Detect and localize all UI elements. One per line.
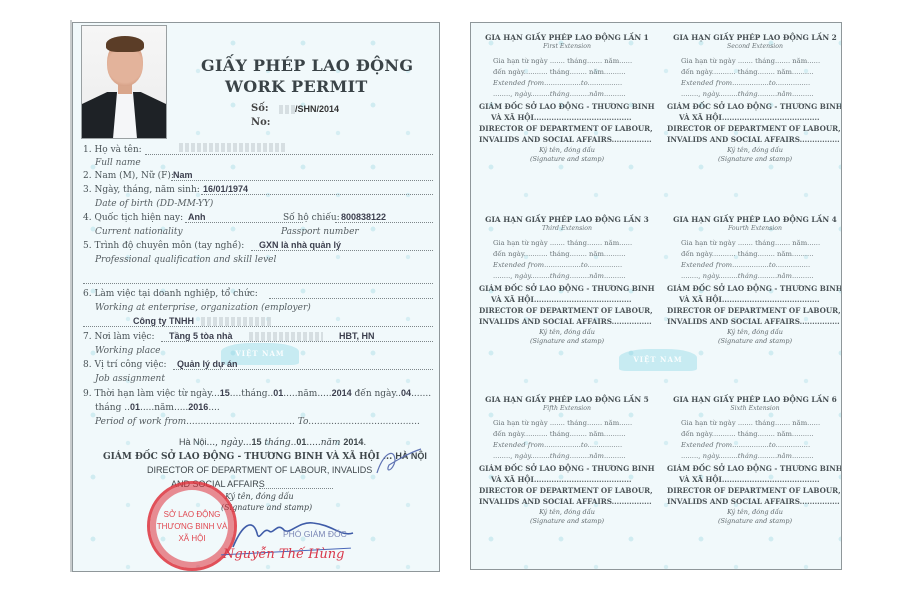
extension-block-6: GIA HẠN GIẤY PHÉP LAO ĐỘNG LẦN 6 Sixth E… (667, 395, 842, 545)
qualification-value: GXN là nhà quản lý (259, 240, 341, 250)
issue-place: Hà Nội (179, 437, 207, 447)
extension-subtitle: Fourth Extension (667, 225, 842, 232)
workplace-value: Tầng 5 tòa nhà (169, 331, 233, 341)
redacted-address (249, 332, 323, 341)
extension-director-vi-1: GIÁM ĐỐC SỞ LAO ĐỘNG - THƯƠNG BINH (667, 464, 842, 473)
dotted-line (171, 180, 433, 181)
extension-subtitle: Fifth Extension (479, 405, 655, 412)
extension-date-row: ........, ngày.........tháng.........năm… (681, 90, 814, 98)
extension-sign-vi: Ký tên, đóng dấu (667, 328, 842, 336)
year-label: năm (298, 389, 318, 399)
extension-from-to-en: Extended from.................to........… (681, 261, 810, 269)
extension-title: GIA HẠN GIẤY PHÉP LAO ĐỘNG LẦN 6 (667, 395, 842, 404)
extension-from-to-en: Extended from.................to........… (493, 79, 622, 87)
job-label-en: Job assignment (95, 374, 165, 384)
extension-block-2: GIA HẠN GIẤY PHÉP LAO ĐỘNG LẦN 2 Second … (667, 33, 842, 183)
workplace-value-end: HBT, HN (339, 331, 375, 341)
extension-from-row: Gia hạn từ ngày ....... tháng....... năm… (493, 57, 632, 65)
extension-sign-en: (Signature and stamp) (667, 155, 842, 163)
extension-from-row: Gia hạn từ ngày ....... tháng....... năm… (681, 57, 820, 65)
dotted-line (201, 194, 433, 195)
extension-sign-en: (Signature and stamp) (479, 337, 655, 345)
holder-photo (81, 25, 167, 139)
period-to-month: 01 (130, 402, 140, 412)
extension-to-row: đến ngày........... tháng........ năm...… (681, 68, 814, 76)
period-to-label-en: To (298, 417, 309, 427)
workplace-label-en: Working place (95, 346, 160, 356)
extension-director-en-1: DIRECTOR OF DEPARTMENT OF LABOUR, (479, 124, 653, 133)
nationality-label: 4. Quốc tịch hiện nay: (83, 213, 183, 223)
extension-to-row: đến ngày........... tháng........ năm...… (493, 430, 626, 438)
extension-title: GIA HẠN GIẤY PHÉP LAO ĐỘNG LẦN 5 (479, 395, 655, 404)
extension-director-vi-2: VÀ XÃ HỘI...............................… (491, 113, 632, 122)
extension-director-vi-1: GIÁM ĐỐC SỞ LAO ĐỘNG - THƯƠNG BINH (479, 464, 655, 473)
director-vi-text: GIÁM ĐỐC SỞ LAO ĐỘNG - THƯƠNG BINH VÀ XÃ… (103, 452, 380, 462)
period-from-year: 2014 (332, 388, 352, 398)
extension-director-en-2: INVALIDS AND SOCIAL AFFAIRS.............… (667, 317, 840, 326)
extension-director-en-2: INVALIDS AND SOCIAL AFFAIRS.............… (479, 317, 652, 326)
period-from-day: 15 (220, 388, 230, 398)
signer-name: Nguyễn Thế Hùng (223, 547, 345, 562)
month-label: tháng (241, 389, 267, 399)
extension-director-vi-1: GIÁM ĐỐC SỞ LAO ĐỘNG - THƯƠNG BINH (479, 284, 655, 293)
extension-subtitle: Third Extension (479, 225, 655, 232)
employer-value: Công ty TNHH (133, 316, 194, 326)
extension-sign-vi: Ký tên, đóng dấu (667, 146, 842, 154)
document-title-vi: GIẤY PHÉP LAO ĐỘNG (201, 56, 413, 75)
extension-title: GIA HẠN GIẤY PHÉP LAO ĐỘNG LẦN 3 (479, 215, 655, 224)
extension-director-vi-2: VÀ XÃ HỘI...............................… (679, 475, 820, 484)
extension-director-en-2: INVALIDS AND SOCIAL AFFAIRS.............… (479, 135, 652, 144)
extension-block-5: GIA HẠN GIẤY PHÉP LAO ĐỘNG LẦN 5 Fifth E… (479, 395, 655, 545)
dotted-line (251, 250, 433, 251)
passport-label-en: Passport number (281, 227, 359, 237)
dotted-line (145, 154, 433, 155)
extension-subtitle: Second Extension (667, 43, 842, 50)
dotted-line (173, 369, 433, 370)
sign-label-vi: Ký tên, đóng dấu (225, 492, 294, 501)
extension-director-vi-2: VÀ XÃ HỘI...............................… (679, 295, 820, 304)
dotted-line (269, 298, 433, 299)
redacted-full-name (179, 143, 285, 152)
to-day-label: đến ngày (355, 389, 396, 399)
dotted-line (83, 326, 433, 327)
extension-date-row: ........, ngày.........tháng.........năm… (493, 90, 626, 98)
permit-number-label: Số: (251, 103, 269, 114)
extension-title: GIA HẠN GIẤY PHÉP LAO ĐỘNG LẦN 2 (667, 33, 842, 42)
sign-label-en: (Signature and stamp) (221, 503, 312, 512)
extension-director-vi-2: VÀ XÃ HỘI...............................… (491, 295, 632, 304)
full-name-label-en: Full name (95, 158, 141, 168)
issue-month: 01 (296, 437, 306, 447)
passport-label: Số hộ chiếu: (283, 213, 340, 223)
extension-from-row: Gia hạn từ ngày ....... tháng....... năm… (493, 419, 632, 427)
extension-director-vi-2: VÀ XÃ HỘI...............................… (679, 113, 820, 122)
extension-sign-vi: Ký tên, đóng dấu (479, 146, 655, 154)
extension-block-4: GIA HẠN GIẤY PHÉP LAO ĐỘNG LẦN 4 Fourth … (667, 215, 842, 365)
permit-number-label-en: No: (251, 117, 271, 128)
extension-title: GIA HẠN GIẤY PHÉP LAO ĐỘNG LẦN 1 (479, 33, 655, 42)
issue-date-line: Hà Nội..., ngày...15 tháng..01.....năm 2… (179, 437, 366, 448)
extension-sign-en: (Signature and stamp) (479, 155, 655, 163)
extension-from-row: Gia hạn từ ngày ....... tháng....... năm… (493, 239, 632, 247)
issue-day: 15 (251, 437, 261, 447)
year-label: năm (321, 438, 341, 448)
extension-date-row: ........, ngày.........tháng.........năm… (493, 272, 626, 280)
vice-director-label: PHÓ GIÁM ĐỐC (283, 529, 347, 539)
director-title-en-1: DIRECTOR OF DEPARTMENT OF LABOUR, INVALI… (147, 465, 372, 475)
extension-subtitle: Sixth Extension (667, 405, 842, 412)
year-label: năm (154, 403, 174, 413)
extension-sign-vi: Ký tên, đóng dấu (667, 508, 842, 516)
extension-date-row: ........, ngày.........tháng.........năm… (493, 452, 626, 460)
document-title-en: WORK PERMIT (225, 77, 368, 96)
period-line-2: tháng ..01.....năm.....2016.... (95, 402, 220, 413)
period-to-day: 04 (401, 388, 411, 398)
work-permit-main-page: GIẤY PHÉP LAO ĐỘNG WORK PERMIT Số: /SHN/… (72, 22, 440, 572)
workplace-label: 7. Nơi làm việc: (83, 332, 154, 342)
extension-director-en-1: DIRECTOR OF DEPARTMENT OF LABOUR, (667, 486, 841, 495)
extension-director-en-2: INVALIDS AND SOCIAL AFFAIRS.............… (667, 135, 840, 144)
extension-director-en-1: DIRECTOR OF DEPARTMENT OF LABOUR, (479, 306, 653, 315)
extension-title: GIA HẠN GIẤY PHÉP LAO ĐỘNG LẦN 4 (667, 215, 842, 224)
extension-to-row: đến ngày........... tháng........ năm...… (681, 250, 814, 258)
dob-value: 16/01/1974 (203, 184, 248, 194)
stamp-line: THƯƠNG BINH VÀ (150, 522, 234, 531)
extension-sign-en: (Signature and stamp) (667, 517, 842, 525)
extension-from-to-en: Extended from.................to........… (493, 261, 622, 269)
extension-block-3: GIA HẠN GIẤY PHÉP LAO ĐỘNG LẦN 3 Third E… (479, 215, 655, 365)
period-label: 9. Thời hạn làm việc từ ngày...15....thá… (83, 388, 431, 399)
dotted-line (335, 222, 433, 223)
extension-date-row: ........, ngày.........tháng.........năm… (681, 452, 814, 460)
nationality-label-en: Current nationality (95, 227, 183, 237)
extension-to-row: đến ngày........... tháng........ năm...… (493, 68, 626, 76)
period-label-en: Period of work from.....................… (95, 417, 420, 427)
extension-director-vi-2: VÀ XÃ HỘI...............................… (491, 475, 632, 484)
extension-to-row: đến ngày........... tháng........ năm...… (493, 250, 626, 258)
job-label: 8. Vị trí công việc: (83, 360, 167, 370)
extension-sign-vi: Ký tên, đóng dấu (479, 328, 655, 336)
extension-director-vi-1: GIÁM ĐỐC SỞ LAO ĐỘNG - THƯƠNG BINH (479, 102, 655, 111)
period-to-year: 2016 (188, 402, 208, 412)
extension-sign-en: (Signature and stamp) (479, 517, 655, 525)
extension-from-to-en: Extended from.................to........… (681, 441, 810, 449)
signature-mark-icon (373, 443, 423, 483)
period-from-label-en: Period of work from (95, 417, 186, 427)
dotted-line (259, 488, 333, 489)
extension-from-row: Gia hạn từ ngày ....... tháng....... năm… (681, 239, 820, 247)
day-label: ngày (221, 438, 243, 448)
extension-director-en-1: DIRECTOR OF DEPARTMENT OF LABOUR, (667, 124, 841, 133)
qualification-label-en: Professional qualification and skill lev… (95, 255, 276, 265)
issue-year: 2014 (343, 437, 363, 447)
job-value: Quản lý dự án (177, 359, 238, 369)
employer-label: 6. Làm việc tại doanh nghiệp, tổ chức: (83, 289, 258, 299)
dob-label: 3. Ngày, tháng, năm sinh: (83, 185, 200, 195)
extension-sign-en: (Signature and stamp) (667, 337, 842, 345)
stamp-line: XÃ HỘI (150, 534, 234, 543)
extension-sign-vi: Ký tên, đóng dấu (479, 508, 655, 516)
extension-date-row: ........, ngày.........tháng.........năm… (681, 272, 814, 280)
extension-from-row: Gia hạn từ ngày ....... tháng....... năm… (681, 419, 820, 427)
redacted-number (279, 105, 295, 114)
extension-subtitle: First Extension (479, 43, 655, 50)
permit-number-value: /SHN/2014 (295, 104, 339, 114)
redacted-employer (201, 317, 271, 326)
dotted-line (161, 341, 433, 342)
month-label: tháng (95, 403, 121, 413)
extension-director-en-1: DIRECTOR OF DEPARTMENT OF LABOUR, (667, 306, 841, 315)
extension-director-en-1: DIRECTOR OF DEPARTMENT OF LABOUR, (479, 486, 653, 495)
period-from-month: 01 (273, 388, 283, 398)
month-label: tháng (264, 438, 290, 448)
extension-director-vi-1: GIÁM ĐỐC SỞ LAO ĐỘNG - THƯƠNG BINH (667, 102, 842, 111)
extension-to-row: đến ngày........... tháng........ năm...… (681, 430, 814, 438)
passport-value: 800838122 (341, 212, 386, 222)
dob-label-en: Date of birth (DD-MM-YY) (95, 199, 213, 209)
stamp-line: SỞ LAO ĐỘNG (150, 510, 234, 519)
nationality-value: Anh (188, 212, 206, 222)
employer-label-en: Working at enterprise, organization (emp… (95, 303, 311, 313)
qualification-label: 5. Trình độ chuyên môn (tay nghề): (83, 241, 244, 251)
full-name-label: 1. Họ và tên: (83, 145, 142, 155)
extensions-page: VIỆT NAM GIA HẠN GIẤY PHÉP LAO ĐỘNG LẦN … (470, 22, 842, 570)
extension-director-en-2: INVALIDS AND SOCIAL AFFAIRS.............… (667, 497, 840, 506)
extension-block-1: GIA HẠN GIẤY PHÉP LAO ĐỘNG LẦN 1 First E… (479, 33, 655, 183)
extension-director-vi-1: GIÁM ĐỐC SỞ LAO ĐỘNG - THƯƠNG BINH (667, 284, 842, 293)
dotted-line (83, 283, 433, 284)
extension-director-en-2: INVALIDS AND SOCIAL AFFAIRS.............… (479, 497, 652, 506)
sex-value: Nam (173, 170, 193, 180)
period-from-label: 9. Thời hạn làm việc từ ngày (83, 389, 211, 399)
extension-from-to-en: Extended from.................to........… (493, 441, 622, 449)
sex-label: 2. Nam (M), Nữ (F): (83, 171, 174, 181)
extension-from-to-en: Extended from.................to........… (681, 79, 810, 87)
